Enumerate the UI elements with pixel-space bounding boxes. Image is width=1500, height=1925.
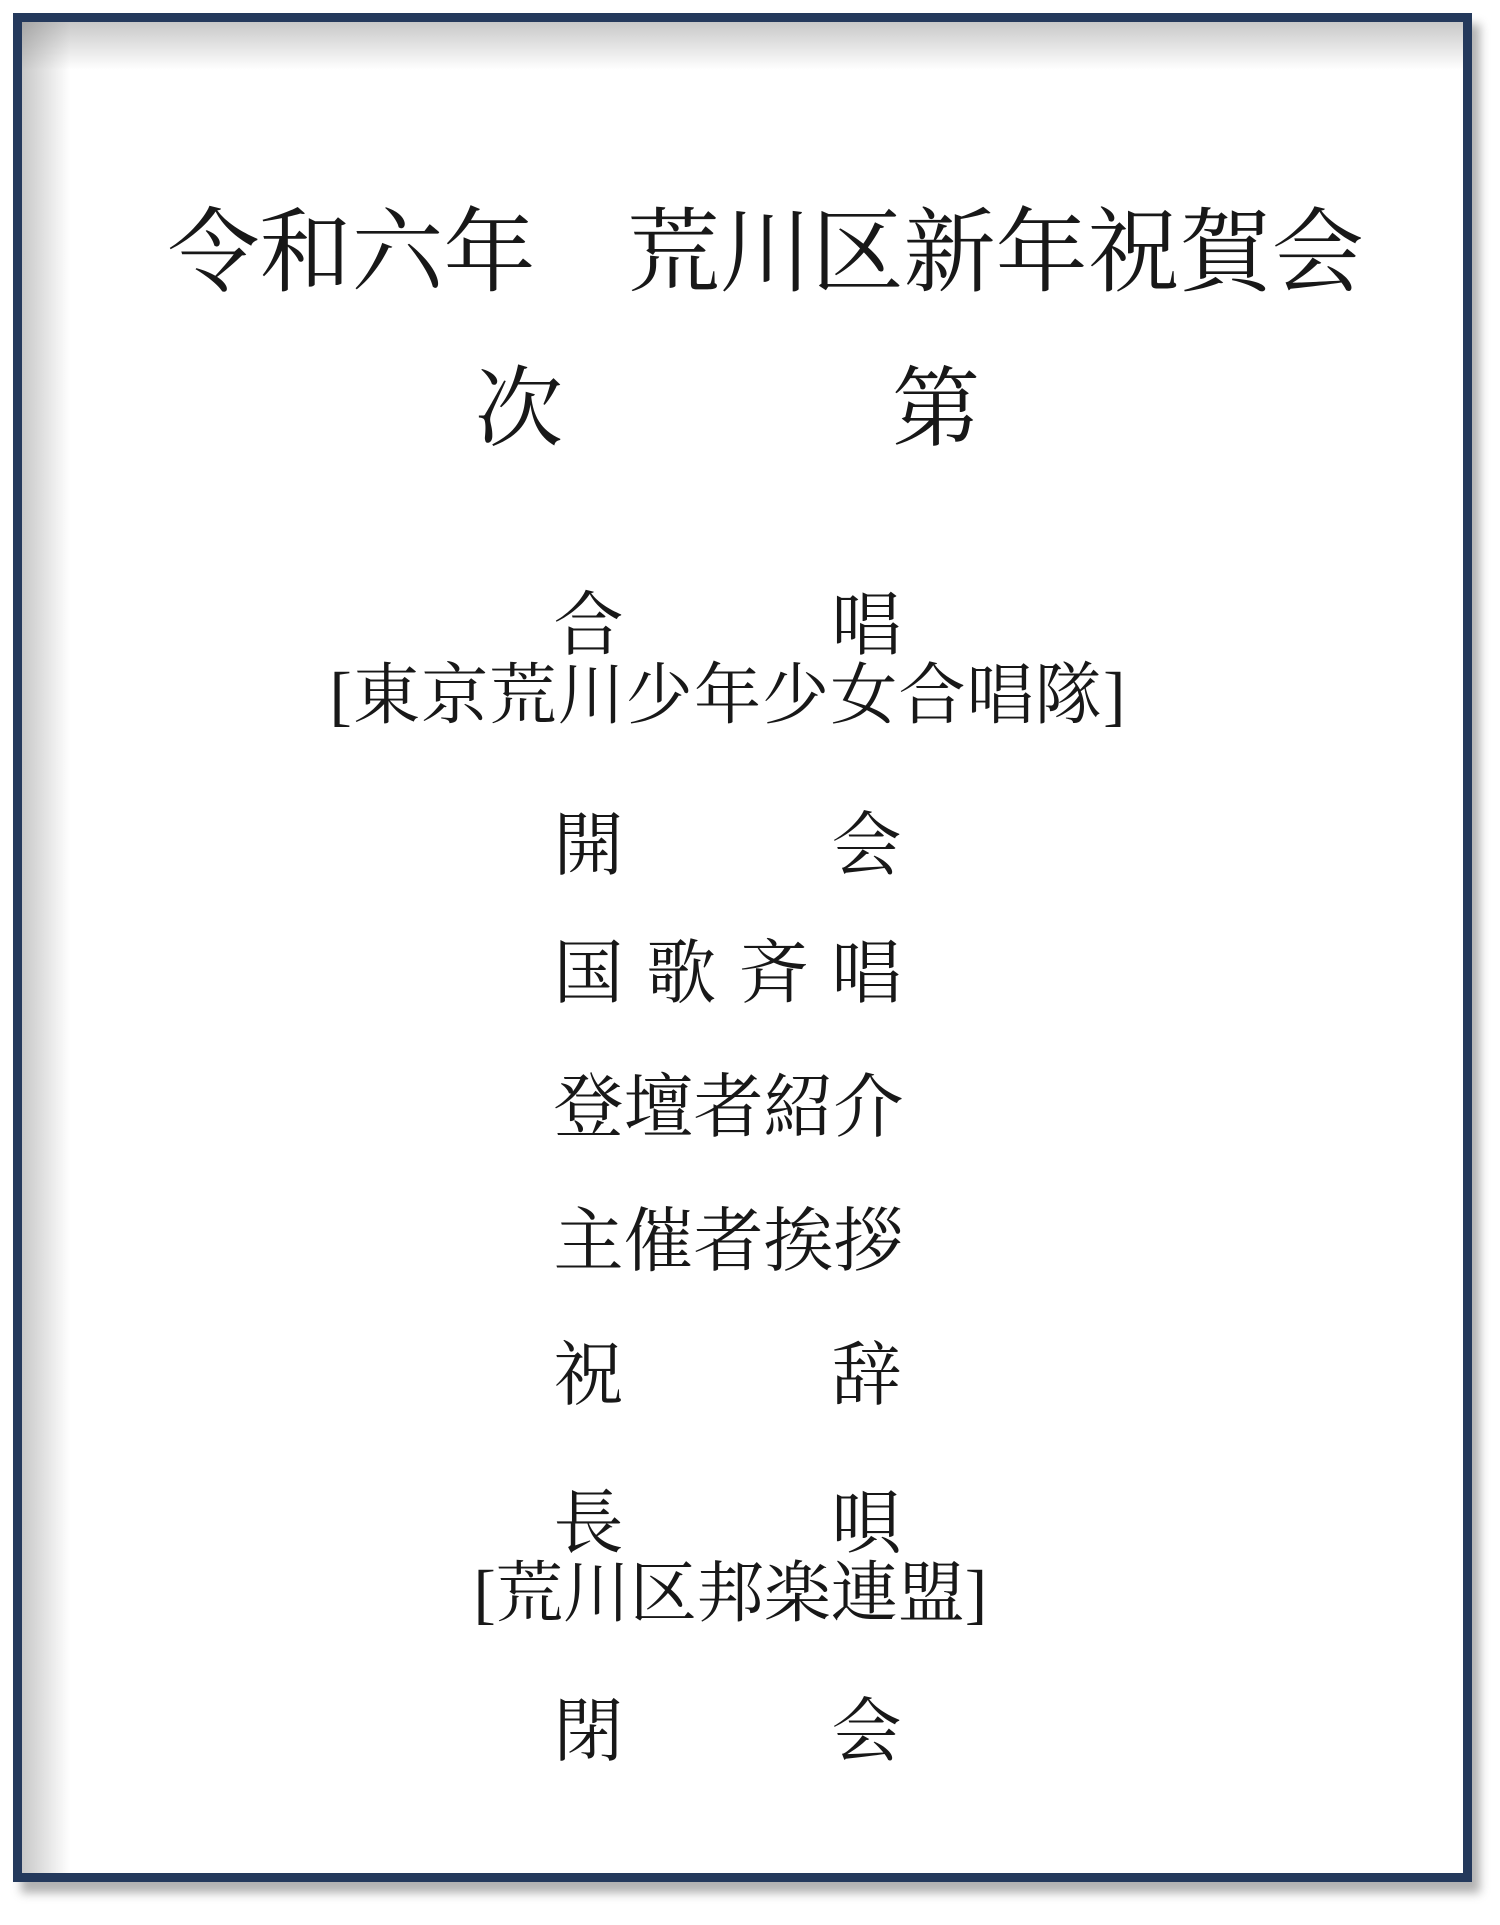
scanned-page-frame: 令和六年 荒川区新年祝賀会 次第 合唱 [東京荒川少年少女合唱隊] 開会 国歌斉…: [13, 13, 1472, 1882]
program-item-nagauta: 長唄: [22, 1490, 1433, 1560]
performer-text: [荒川区邦楽連盟]: [474, 1561, 982, 1628]
page-title: 令和六年 荒川区新年祝賀会: [22, 207, 1433, 299]
program-item-chorus: 合唱: [22, 592, 1433, 662]
program-item-label: 長唄: [554, 1490, 902, 1560]
program-item-label: 開会: [554, 812, 902, 882]
program-item-label: 閉会: [554, 1698, 902, 1768]
program-item-national-anthem: 国歌斉唱: [22, 940, 1433, 1010]
program-item-opening: 開会: [22, 812, 1433, 882]
program-item-closing: 閉会: [22, 1698, 1433, 1768]
program-item-chorus-performer: [東京荒川少年少女合唱隊]: [22, 663, 1433, 730]
program-item-nagauta-performer: [荒川区邦楽連盟]: [22, 1561, 1433, 1628]
page-title-text: 令和六年 荒川区新年祝賀会: [168, 207, 1288, 299]
program-item-label: 国歌斉唱: [554, 940, 902, 1010]
program-item-label: 合唱: [554, 592, 902, 662]
program-item-label: 主催者挨拶: [554, 1208, 902, 1278]
program-heading-text: 次第: [475, 367, 980, 455]
program-item-label: 祝辞: [554, 1342, 902, 1412]
program-item-host-greeting: 主催者挨拶: [22, 1208, 1433, 1278]
program-heading: 次第: [22, 367, 1433, 455]
document-page: 令和六年 荒川区新年祝賀会 次第 合唱 [東京荒川少年少女合唱隊] 開会 国歌斉…: [22, 22, 1433, 1873]
program-item-congratulatory-address: 祝辞: [22, 1342, 1433, 1412]
program-item-label: 登壇者紹介: [554, 1074, 902, 1144]
performer-text: [東京荒川少年少女合唱隊]: [330, 663, 1126, 730]
program-item-introductions: 登壇者紹介: [22, 1074, 1433, 1144]
